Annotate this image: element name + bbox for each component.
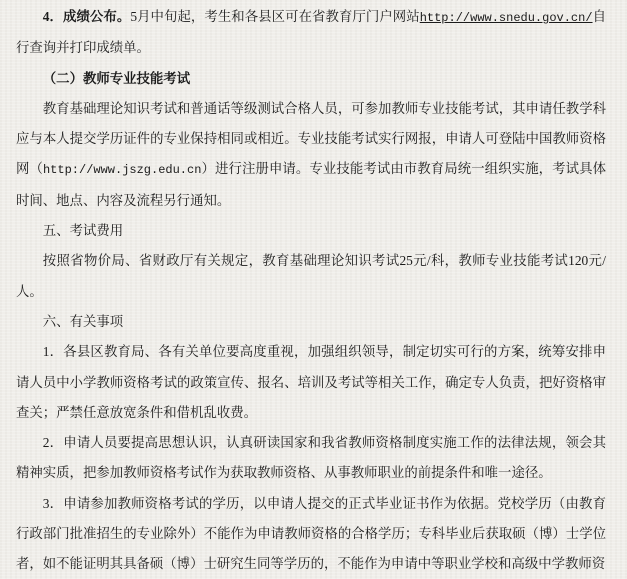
heading-5-exam-fees: 五、考试费用 — [16, 216, 606, 246]
heading-6-related-matters: 六、有关事项 — [16, 307, 606, 337]
text-segment: 5月中旬起，考生和各县区可在省教育厅门户网站 — [130, 9, 419, 24]
document-body: 4．成绩公布。5月中旬起，考生和各县区可在省教育厅门户网站http://www.… — [0, 0, 627, 579]
snedu-url-link[interactable]: http://www.snedu.gov.cn/ — [420, 11, 593, 25]
para-score-lead-bold: 4．成绩公布。 — [43, 9, 131, 24]
para-item-3: 3．申请参加教师资格考试的学历，以申请人提交的正式毕业证书作为依据。党校学历（由… — [16, 489, 606, 579]
jszg-url-text: http://www.jszg.edu.cn — [43, 163, 201, 177]
para-item-1: 1．各县区教育局、各有关单位要高度重视，加强组织领导，制定切实可行的方案，统筹安… — [16, 337, 606, 428]
para-skill-exam: 教育基础理论知识考试和普通话等级测试合格人员，可参加教师专业技能考试，其申请任教… — [16, 94, 606, 216]
para-exam-fees: 按照省物价局、省财政厅有关规定，教育基础理论知识考试25元/科，教师专业技能考试… — [16, 246, 606, 307]
para-score-announcement: 4．成绩公布。5月中旬起，考生和各县区可在省教育厅门户网站http://www.… — [16, 2, 606, 64]
heading-section-2-skill-exam: （二）教师专业技能考试 — [16, 64, 606, 94]
para-item-2: 2．申请人员要提高思想认识，认真研读国家和我省教师资格制度实施工作的法律法规，领… — [16, 428, 606, 489]
